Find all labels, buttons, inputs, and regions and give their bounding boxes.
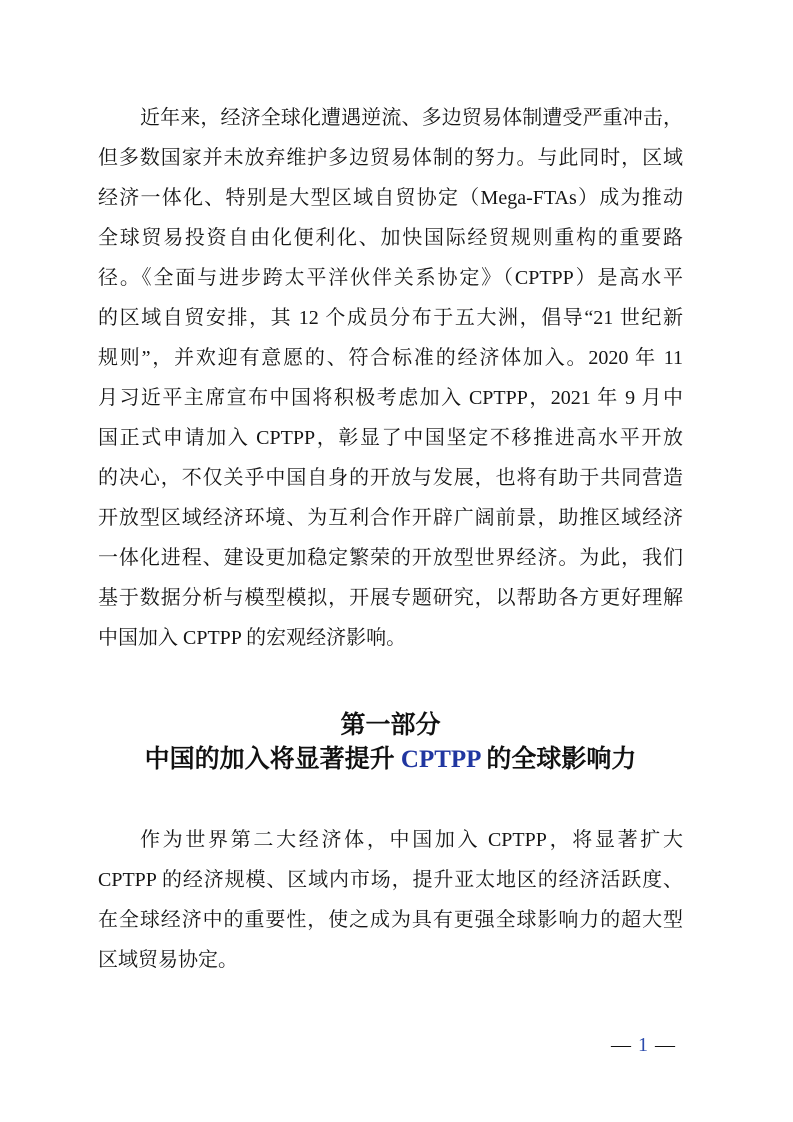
text-line: 基于数据分析与模型模拟，开展专题研究，以帮助各方更好理解 [98,578,683,618]
text-line: 全球贸易投资自由化便利化、加快国际经贸规则重构的重要路 [98,218,683,258]
text-line: 径。《全面与进步跨太平洋伙伴关系协定》（CPTPP）是高水平 [98,258,683,298]
paragraph-body: 作为世界第二大经济体，中国加入 CPTPP，将显著扩大CPTPP 的经济规模、区… [98,820,683,980]
text-line: 经济一体化、特别是大型区域自贸协定（Mega-FTAs）成为推动 [98,178,683,218]
text-line: 作为世界第二大经济体，中国加入 CPTPP，将显著扩大 [98,820,683,860]
page-content: 近年来，经济全球化遭遇逆流、多边贸易体制遭受严重冲击，但多数国家并未放弃维护多边… [0,0,793,980]
section-title-acronym: CPTPP [401,746,480,773]
text-line: 规则”，并欢迎有意愿的、符合标准的经济体加入。2020 年 11 [98,338,683,378]
page-number-value: 1 [631,1034,655,1056]
text-line: 国正式申请加入 CPTPP，彰显了中国坚定不移推进高水平开放 [98,418,683,458]
text-line: 在全球经济中的重要性，使之成为具有更强全球影响力的超大型 [98,900,683,940]
text-line: 但多数国家并未放弃维护多边贸易体制的努力。与此同时，区域 [98,138,683,178]
text-line: 开放型区域经济环境、为互利合作开辟广阔前景，助推区域经济 [98,498,683,538]
text-line: 中国加入 CPTPP 的宏观经济影响。 [98,618,683,658]
section-heading: 第一部分 中国的加入将显著提升 CPTPP 的全球影响力 [98,709,683,777]
text-line: 一体化进程、建设更加稳定繁荣的开放型世界经济。为此，我们 [98,538,683,578]
section-title: 中国的加入将显著提升 CPTPP 的全球影响力 [98,743,683,777]
text-line: 的决心，不仅关乎中国自身的开放与发展，也将有助于共同营造 [98,458,683,498]
document-page: 近年来，经济全球化遭遇逆流、多边贸易体制遭受严重冲击，但多数国家并未放弃维护多边… [0,0,793,1122]
section-part-label: 第一部分 [98,709,683,743]
section-title-prefix: 中国的加入将显著提升 [145,746,401,773]
page-number-dash-right: — [655,1034,675,1056]
text-line: 的区域自贸安排，其 12 个成员分布于五大洲，倡导“21 世纪新 [98,298,683,338]
page-number-dash-left: — [611,1034,631,1056]
text-line: CPTPP 的经济规模、区域内市场，提升亚太地区的经济活跃度、 [98,860,683,900]
text-line: 月习近平主席宣布中国将积极考虑加入 CPTPP，2021 年 9 月中 [98,378,683,418]
paragraph-intro: 近年来，经济全球化遭遇逆流、多边贸易体制遭受严重冲击，但多数国家并未放弃维护多边… [98,98,683,658]
page-number: —1— [611,1031,675,1059]
text-line: 近年来，经济全球化遭遇逆流、多边贸易体制遭受严重冲击， [98,98,683,138]
section-title-suffix: 的全球影响力 [480,746,636,773]
text-line: 区域贸易协定。 [98,940,683,980]
